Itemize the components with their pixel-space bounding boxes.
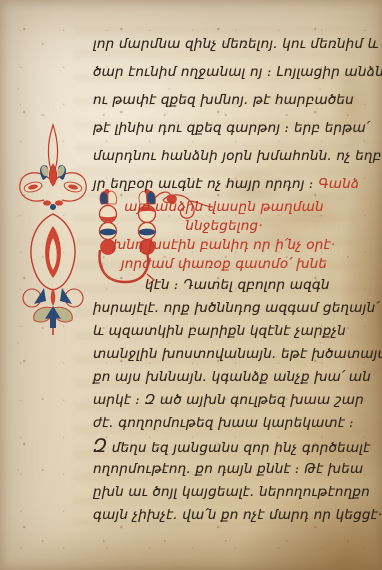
rubric-line: այժ անձին վասըն թաղման [93, 198, 355, 217]
rubric-line: խնդ խսէին բանիդ որ ի՛նչ օրէ· [93, 236, 355, 255]
marginal-floral-ornament-icon [12, 122, 94, 336]
text-line: յր եղբօր աւգնէ ոչ հայր որդոյ ։ Գանձ [93, 170, 355, 198]
text-line: գայն չիխչէ. վա՛ն քո ոչէ մարդ որ կեցցէ· [93, 504, 355, 527]
text-line: ծար էունիմ ողջանալ ոյ ։ Լոյլացիր անձն [93, 58, 355, 86]
rubric-line: յորժամ փառօք գատմօ՛ խնե [93, 255, 355, 274]
text-line: տանջլին խոստովանայն. եթէ խծատայս [93, 343, 355, 366]
manuscript-page: լոր մարմնա զինչ մեռելոյ. կու մեռնիմ և ծա… [0, 0, 382, 570]
text-block: լոր մարմնա զինչ մեռելոյ. կու մեռնիմ և ծա… [93, 30, 355, 527]
text-line: ու թափէ զքեզ խմնոյ. թէ հարբածես [93, 86, 355, 114]
rubric-line: ննջեցելոց· [93, 217, 355, 236]
text-line: լոր մարմնա զինչ մեռելոյ. կու մեռնիմ և [93, 30, 355, 58]
text-line: ողորմութէող. քո դայն քննէ ։ Թէ խեա [93, 458, 355, 481]
text-line: արկէ ։ Զ ած այխն գուլթեզ խաա շար [93, 389, 355, 412]
text-line: իսրայէլէ. որք խծննդոց ազգամ ցեղայն՛ [93, 297, 355, 320]
text-line: քո այս խննայն. կգանձք անչք խա՛ ան [93, 366, 355, 389]
text-line: կէն ։ Դատել զբոլոր ազգն [93, 274, 355, 297]
text-line: Զ մեղս եզ յանցանս զոր ինչ գործեալէ [93, 435, 355, 458]
text-line: մարդնու հանձնի յօրն խմահոնն. ոչ եղբա [93, 142, 355, 170]
text-line: թէ լինիս դու զքեզ գարթոյ ։ երբ երթա՛ [93, 114, 355, 142]
rubric-word: Գանձ [318, 176, 359, 192]
text-line-segment: յր եղբօր աւգնէ ոչ հայր որդոյ ։ [93, 176, 318, 192]
text-line: ժէ. գողորմութեզ խաա կարեկատէ ։ [93, 412, 355, 435]
text-line: ըխն աւ ծոյլ կայցեալէ. ներողութէողքո [93, 481, 355, 504]
text-line: և պզատկին բարիքն կզէնէ չարքչն [93, 320, 355, 343]
